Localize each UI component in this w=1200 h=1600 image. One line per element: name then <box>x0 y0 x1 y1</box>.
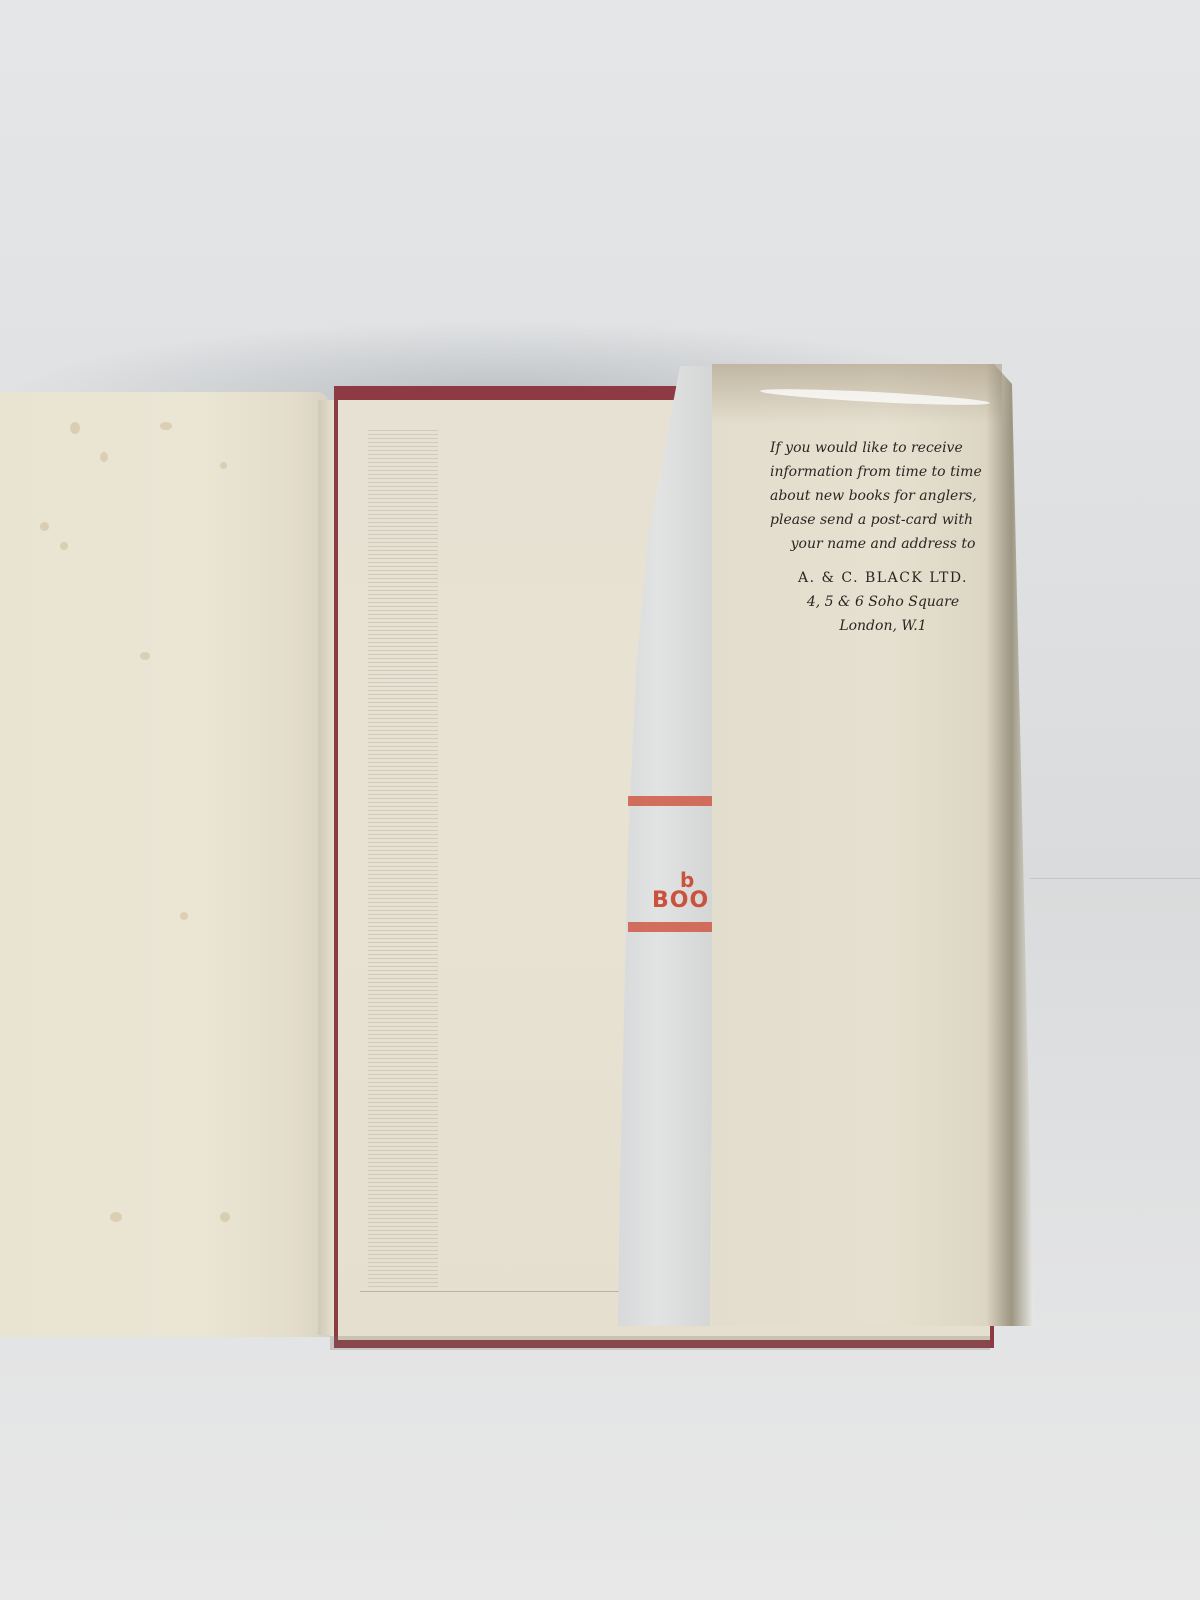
stamp-text: BOO <box>652 890 709 912</box>
blurb-line: If you would like to receive <box>770 436 996 460</box>
blurb-line: about new books for anglers, <box>770 484 996 508</box>
publisher-address-line1: 4, 5 & 6 Soho Square <box>770 590 996 614</box>
hinge-texture <box>368 430 438 1290</box>
publisher-address-line2: London, W.1 <box>770 614 996 638</box>
stamp-rule-top <box>628 796 712 806</box>
surface-mark <box>1030 878 1200 879</box>
blurb-line: your name and address to <box>770 532 996 556</box>
bottom-edge-shadow <box>330 1336 990 1350</box>
publisher-name: A. & C. BLACK LTD. <box>798 570 968 586</box>
left-endpaper-page <box>0 392 330 1337</box>
publisher-block: A. & C. BLACK LTD. 4, 5 & 6 Soho Square … <box>770 566 996 638</box>
blurb-line: information from time to time <box>770 460 996 484</box>
stamp-rule-bottom <box>628 922 712 932</box>
blurb-line: please send a post-card with <box>770 508 996 532</box>
photo-scene: b BOO If you would like to receive infor… <box>0 0 1200 1600</box>
flap-blurb: If you would like to receive information… <box>770 436 996 556</box>
pastedown-fold-line <box>360 1291 620 1292</box>
